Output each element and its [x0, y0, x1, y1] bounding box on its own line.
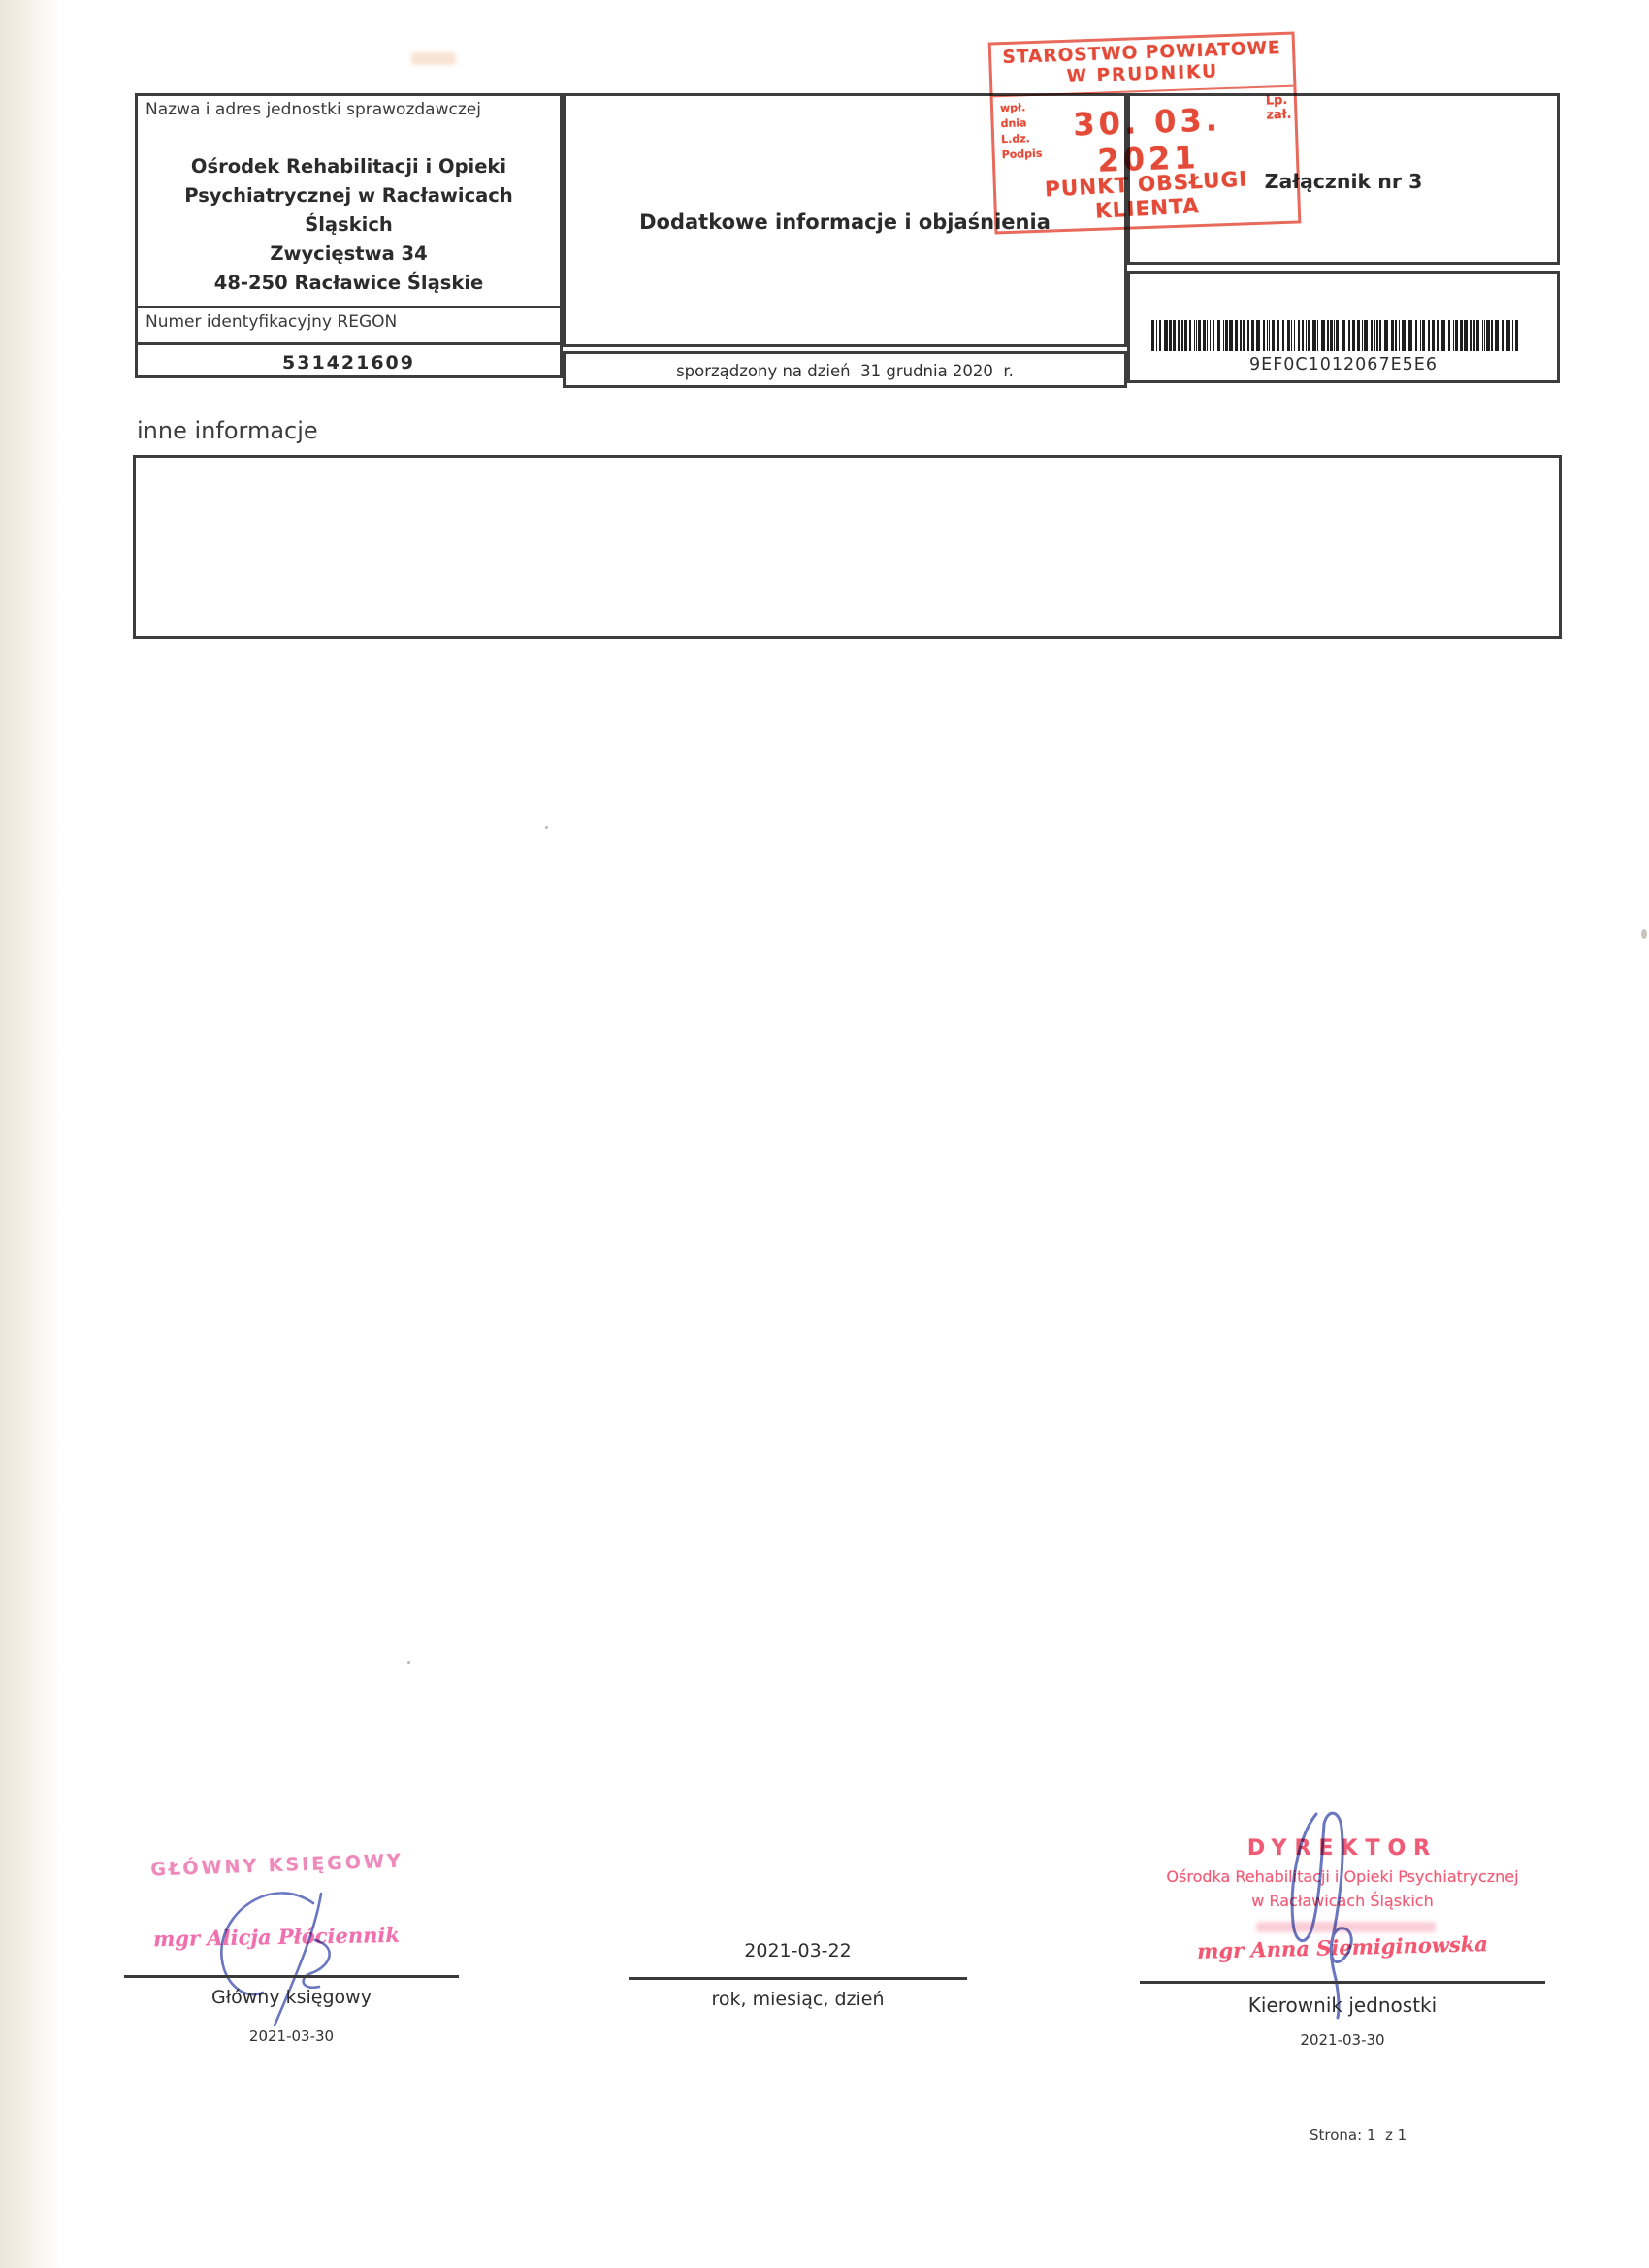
barcode-value: 9EF0C1012067E5E6 — [1130, 355, 1557, 374]
accountant-signature-line — [124, 1975, 459, 1978]
regon-box: Numer identyfikacyjny REGON 531421609 — [135, 306, 563, 378]
director-signature-ink — [1256, 1806, 1382, 2020]
unit-name-box: Nazwa i adres jednostki sprawozdawczej O… — [135, 93, 563, 308]
unit-name-label: Nazwa i adres jednostki sprawozdawczej — [138, 96, 560, 123]
regon-divider — [138, 342, 560, 345]
unit-name-line: Ośrodek Rehabilitacji i Opieki — [138, 152, 560, 181]
prepared-date-text: sporządzony na dzień 31 grudnia 2020 r. — [566, 354, 1124, 389]
intake-stamp-field-ldz: L.dz. — [1001, 131, 1042, 147]
director-signature-line — [1140, 1981, 1545, 1984]
page-number: Strona: 1 z 1 — [1309, 2126, 1406, 2144]
intake-stamp-field-dnia: dnia — [1000, 115, 1041, 132]
accountant-role: Główny księgowy — [124, 1987, 459, 2008]
intake-stamp-field-lp: Lp. — [1266, 93, 1292, 109]
intake-stamp-field-wpl: wpł. — [1000, 100, 1041, 116]
date-line — [629, 1977, 967, 1980]
scan-edge-shadow — [0, 0, 60, 2268]
intake-stamp-footer: PUNKT OBSŁUGI KLIENTA — [995, 165, 1298, 229]
unit-name-line: 48-250 Racławice Śląskie — [138, 269, 560, 298]
unit-name-line: Zwycięstwa 34 — [138, 240, 560, 269]
other-info-box — [133, 455, 1562, 639]
scan-speck — [1641, 929, 1647, 939]
accountant-date: 2021-03-30 — [124, 2027, 459, 2045]
barcode-bars — [1151, 320, 1537, 351]
intake-stamp-field-zal: zał. — [1266, 108, 1292, 123]
intake-stamp: STAROSTWO POWIATOWE W PRUDNIKU wpł. dnia… — [988, 32, 1302, 235]
prepared-date-box: sporządzony na dzień 31 grudnia 2020 r. — [563, 351, 1127, 388]
regon-value: 531421609 — [138, 352, 560, 373]
accountant-stamp-title: GŁÓWNY KSIĘGOWY — [134, 1850, 421, 1881]
director-date: 2021-03-30 — [1140, 2031, 1545, 2049]
director-role: Kierownik jednostki — [1140, 1993, 1545, 2017]
unit-name-line: Psychiatrycznej w Racławicach — [138, 181, 560, 211]
date-caption: rok, miesiąc, dzień — [629, 1989, 967, 2010]
other-info-label: inne informacje — [137, 417, 318, 444]
scan-smudge-top — [411, 52, 456, 65]
regon-label: Numer identyfikacyjny REGON — [138, 308, 560, 336]
barcode-box: 9EF0C1012067E5E6 — [1127, 271, 1560, 383]
intake-stamp-field-podpis: Podpis — [1001, 146, 1042, 163]
document-sign-date: 2021-03-22 — [629, 1940, 967, 1961]
unit-name-line: Śląskich — [138, 211, 560, 240]
scan-speck — [407, 1661, 410, 1664]
scan-speck — [545, 826, 548, 829]
